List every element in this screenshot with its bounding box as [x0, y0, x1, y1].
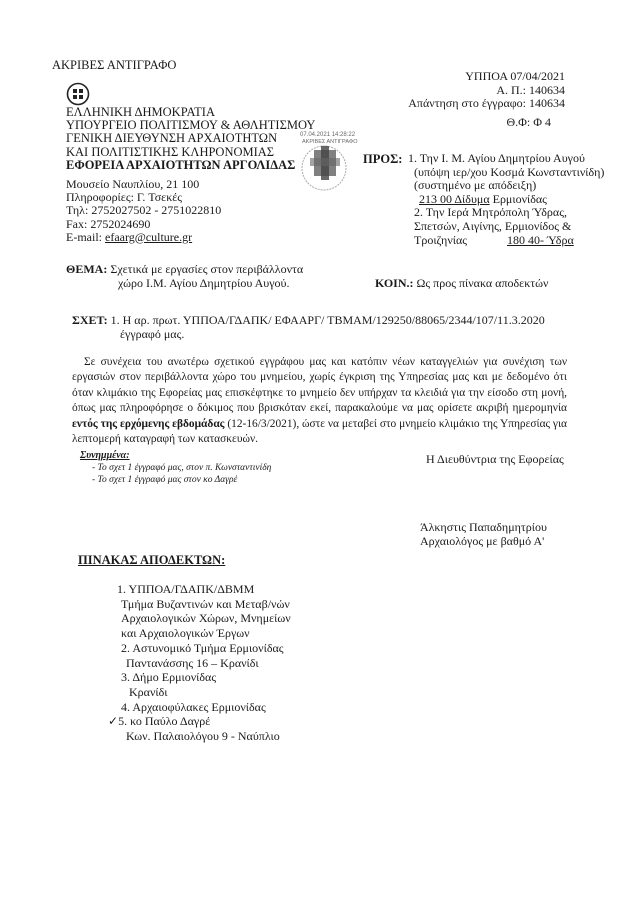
related-block: ΣΧΕΤ: 1. Η αρ. πρωτ. ΥΠΠΟΑ/ΓΔΑΠΚ/ ΕΦΑΑΡΓ…: [72, 313, 545, 341]
recipients-title: ΠΙΝΑΚΑΣ ΑΠΟΔΕΚΤΩΝ:: [78, 553, 225, 568]
recipient-line: Τμήμα Βυζαντινών και Μεταβ/νών: [117, 597, 291, 612]
protocol-number: Α. Π.: 140634: [408, 84, 565, 98]
related-text: 1. Η αρ. πρωτ. ΥΠΠΟΑ/ΓΔΑΠΚ/ ΕΦΑΑΡΓ/ ΤΒΜΑ…: [108, 313, 545, 327]
cc-label: ΚΟΙΝ.:: [375, 276, 413, 290]
attachment-item: - Το σχετ 1 έγγραφό μας, στον π. Κωνσταν…: [80, 462, 271, 474]
attachments: Συνημμένα: - Το σχετ 1 έγγραφό μας, στον…: [80, 450, 271, 486]
email-link[interactable]: efaarg@culture.gr: [105, 230, 192, 244]
subject-text: χώρο Ι.Μ. Αγίου Δημητρίου Αυγού.: [66, 276, 303, 290]
greek-emblem-icon: [66, 82, 90, 106]
signatory: Άλκηστις Παπαδημητρίου Αρχαιολόγος με βα…: [420, 520, 547, 548]
ephorate-name: ΕΦΟΡΕΙΑ ΑΡΧΑΙΟΤΗΤΩΝ ΑΡΓΟΛΙΔΑΣ: [66, 159, 315, 172]
recipients-list: 1. ΥΠΠΟΑ/ΓΔΑΠΚ/ΔΒΜΜ Τμήμα Βυζαντινών και…: [117, 582, 291, 744]
certified-copy-label: ΑΚΡΙΒΕΣ ΑΝΤΙΓΡΑΦΟ: [52, 58, 176, 72]
subject-block: ΘΕΜΑ: Σχετικά με εργασίες στον περιβάλλο…: [66, 262, 303, 290]
recipient-line: 2. Αστυνομικό Τμήμα Ερμιονίδας: [117, 641, 291, 656]
email-label: E-mail:: [66, 230, 105, 244]
email-line: E-mail: efaarg@culture.gr: [66, 231, 221, 244]
to-label: ΠΡΟΣ:: [363, 152, 402, 167]
issuer-header: ΕΛΛΗΝΙΚΗ ΔΗΜΟΚΡΑΤΙΑ ΥΠΟΥΡΓΕΙΟ ΠΟΛΙΤΙΣΜΟΥ…: [66, 106, 315, 172]
digital-signature-stamp: 07.04.2021 14:28:22 ΑΚΡΙΒΕΣ ΑΝΤΙΓΡΑΦΟ: [294, 132, 368, 194]
body-paragraph: Σε συνέχεια του ανωτέρω σχετικού εγγράφο…: [72, 355, 567, 447]
reference-block: ΥΠΠΟΑ 07/04/2021 Α. Π.: 140634 Απάντηση …: [408, 70, 565, 129]
to-line: (υπόψη ιερ/χου Κοσμά Κωνσταντινίδη): [408, 166, 604, 180]
signatory-role: Η Διευθύντρια της Εφορείας: [426, 452, 564, 467]
attachments-title: Συνημμένα:: [80, 450, 271, 462]
signatory-name: Άλκηστις Παπαδημητρίου: [420, 520, 547, 534]
to-line: (συστημένο με απόδειξη): [408, 179, 604, 193]
to-postal: 213 00 Δίδυμα Ερμιονίδας: [408, 193, 604, 207]
header-line: ΓΕΝΙΚΗ ΔΙΕΥΘΥΝΣΗ ΑΡΧΑΙΟΤΗΤΩΝ: [66, 132, 315, 145]
recipient-line: Αρχαιολογικών Χώρων, Μνημείων: [117, 611, 291, 626]
recipient-line: 4. Αρχαιοφύλακες Ερμιονίδας: [117, 700, 291, 715]
file-code: Θ.Φ: Φ 4: [408, 116, 551, 130]
seal-icon: [294, 132, 368, 194]
recipient-line: Κρανίδι: [117, 685, 291, 700]
checkmark-icon: ✓: [108, 714, 118, 728]
recipient-line: 5. κο Παύλο Δαγρέ: [118, 714, 210, 728]
reply-to: Απάντηση στο έγγραφο: 140634: [408, 97, 565, 111]
recipient-line: και Αρχαιολογικών Έργων: [117, 626, 291, 641]
contact-block: Μουσείο Ναυπλίου, 21 100 Πληροφορίες: Γ.…: [66, 178, 221, 244]
attachment-item: - Το σχετ 1 έγγραφό μας στον κο Δαγρέ: [80, 474, 271, 486]
signatory-title: Αρχαιολόγος με βαθμό Α': [420, 534, 547, 548]
recipient-line: 1. ΥΠΠΟΑ/ΓΔΑΠΚ/ΔΒΜΜ: [117, 582, 291, 597]
postal-code: 180 40- Ύδρα: [507, 233, 574, 247]
recipient-line: Κων. Παλαιολόγου 9 - Ναύπλιο: [117, 729, 291, 744]
related-label: ΣΧΕΤ:: [72, 313, 108, 327]
phone: Τηλ: 2752027502 - 2751022810: [66, 204, 221, 217]
recipients-to: 1. Την Ι. Μ. Αγίου Δημητρίου Αυγού (υπόψ…: [408, 152, 604, 247]
subject-text: Σχετικά με εργασίες στον περιβάλλοντα: [107, 262, 303, 276]
to-line: Σπετσών, Αιγίνης, Ερμιονίδος &: [408, 220, 604, 234]
header-line: ΚΑΙ ΠΟΛΙΤΙΣΤΙΚΗΣ ΚΛΗΡΟΝΟΜΙΑΣ: [66, 146, 315, 159]
cc-line: ΚΟΙΝ.: Ως προς πίνακα αποδεκτών: [375, 276, 548, 291]
subject-label: ΘΕΜΑ:: [66, 262, 107, 276]
recipient-line: Παντανάσσης 16 – Κρανίδι: [117, 656, 291, 671]
related-text: έγγραφό μας.: [72, 327, 545, 341]
to-line: 2. Την Ιερά Μητρόπολη Ύδρας,: [408, 206, 604, 220]
to-postal: Τροιζηνίας180 40- Ύδρα: [408, 234, 604, 248]
document-date: ΥΠΠΟΑ 07/04/2021: [408, 70, 565, 84]
recipient-line: 3. Δήμο Ερμιονίδας: [117, 670, 291, 685]
postal-code: 213 00 Δίδυμα: [419, 192, 490, 206]
emphasized-text: εντός της ερχόμενης εβδομάδας: [72, 418, 224, 430]
to-line: 1. Την Ι. Μ. Αγίου Δημητρίου Αυγού: [408, 152, 604, 166]
